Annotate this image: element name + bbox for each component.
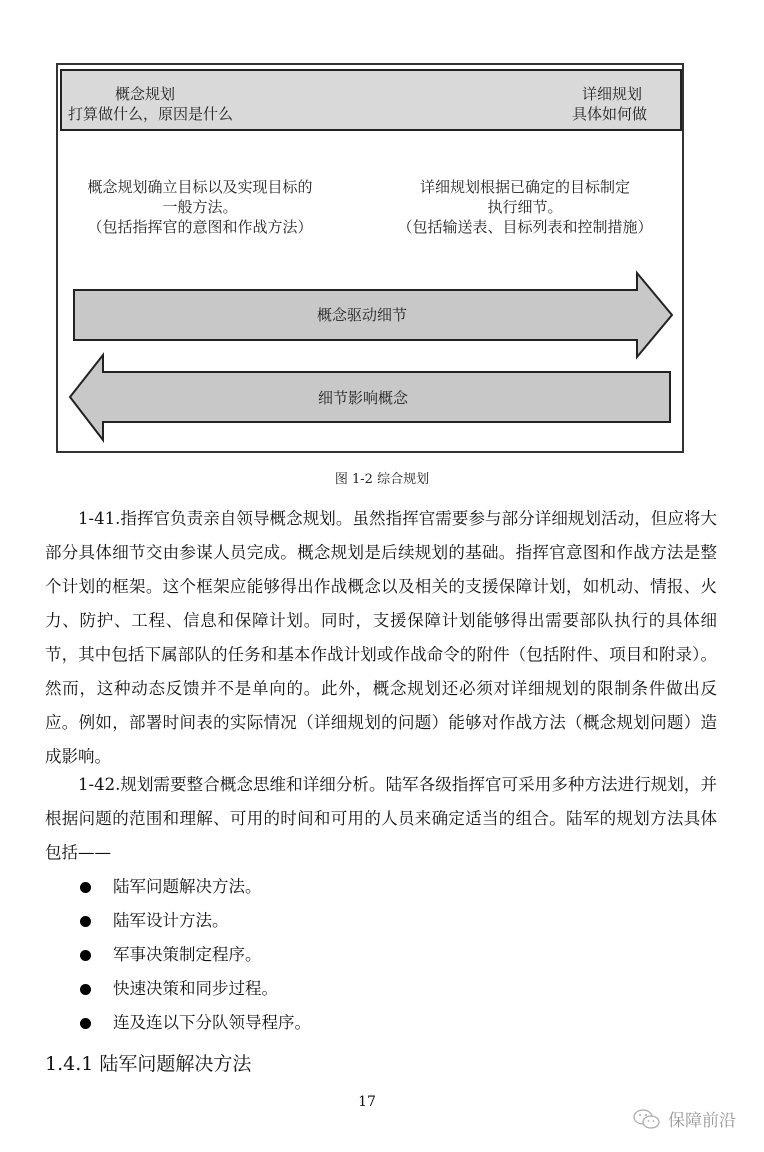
paragraph-text: 1-42.规划需要整合概念思维和详细分析。陆军各级指挥官可采用多种方法进行规划，…	[45, 768, 717, 870]
paragraph-text: 1-41.指挥官负责亲自领导概念规划。虽然指挥官需要参与部分详细规划活动，但应将…	[45, 502, 717, 774]
wechat-icon	[632, 1108, 662, 1130]
list-item: 快速决策和同步过程。	[78, 972, 311, 1006]
description-line: 一般方法。	[60, 197, 340, 217]
watermark-text: 保障前沿	[668, 1106, 736, 1131]
bullet-icon	[80, 950, 91, 961]
section-heading: 1.4.1 陆军问题解决方法	[45, 1050, 251, 1078]
bullet-icon	[80, 916, 91, 927]
list-item: 军事决策制定程序。	[78, 938, 311, 972]
watermark: 保障前沿	[632, 1106, 736, 1131]
paragraph-1-41: 1-41.指挥官负责亲自领导概念规划。虽然指挥官需要参与部分详细规划活动，但应将…	[45, 502, 717, 774]
list-item: 连及连以下分队领导程序。	[78, 1006, 311, 1040]
detailed-planning-title: 详细规划	[582, 84, 642, 104]
description-line: （包括输送表、目标列表和控制措施）	[380, 217, 670, 237]
description-line: 详细规划根据已确定的目标制定	[380, 177, 670, 197]
list-item-text: 陆军设计方法。	[113, 904, 229, 938]
bullet-icon	[80, 984, 91, 995]
figure-caption: 图 1-2 综合规划	[0, 468, 764, 487]
list-item: 陆军设计方法。	[78, 904, 311, 938]
conceptual-planning-description: 概念规划确立目标以及实现目标的 一般方法。 （包括指挥官的意图和作战方法）	[60, 177, 340, 237]
description-line: （包括指挥官的意图和作战方法）	[60, 217, 340, 237]
list-item-text: 陆军问题解决方法。	[113, 870, 262, 904]
list-item-text: 快速决策和同步过程。	[113, 972, 278, 1006]
conceptual-planning-subtitle: 打算做什么，原因是什么	[68, 104, 233, 124]
page-number: 17	[0, 1094, 734, 1110]
planning-methods-list: 陆军问题解决方法。 陆军设计方法。 军事决策制定程序。 快速决策和同步过程。 连…	[78, 870, 311, 1040]
list-item-text: 军事决策制定程序。	[113, 938, 262, 972]
arrow-label-detail-influences-concept: 细节影响概念	[318, 387, 408, 408]
description-line: 执行细节。	[380, 197, 670, 217]
bullet-icon	[80, 882, 91, 893]
bullet-icon	[80, 1018, 91, 1029]
list-item: 陆军问题解决方法。	[78, 870, 311, 904]
description-line: 概念规划确立目标以及实现目标的	[60, 177, 340, 197]
list-item-text: 连及连以下分队领导程序。	[113, 1006, 311, 1040]
conceptual-planning-title: 概念规划	[115, 84, 175, 104]
arrow-label-concept-drives-detail: 概念驱动细节	[317, 304, 407, 325]
detailed-planning-description: 详细规划根据已确定的目标制定 执行细节。 （包括输送表、目标列表和控制措施）	[380, 177, 670, 237]
paragraph-1-42: 1-42.规划需要整合概念思维和详细分析。陆军各级指挥官可采用多种方法进行规划，…	[45, 768, 717, 870]
detailed-planning-subtitle: 具体如何做	[572, 104, 647, 124]
